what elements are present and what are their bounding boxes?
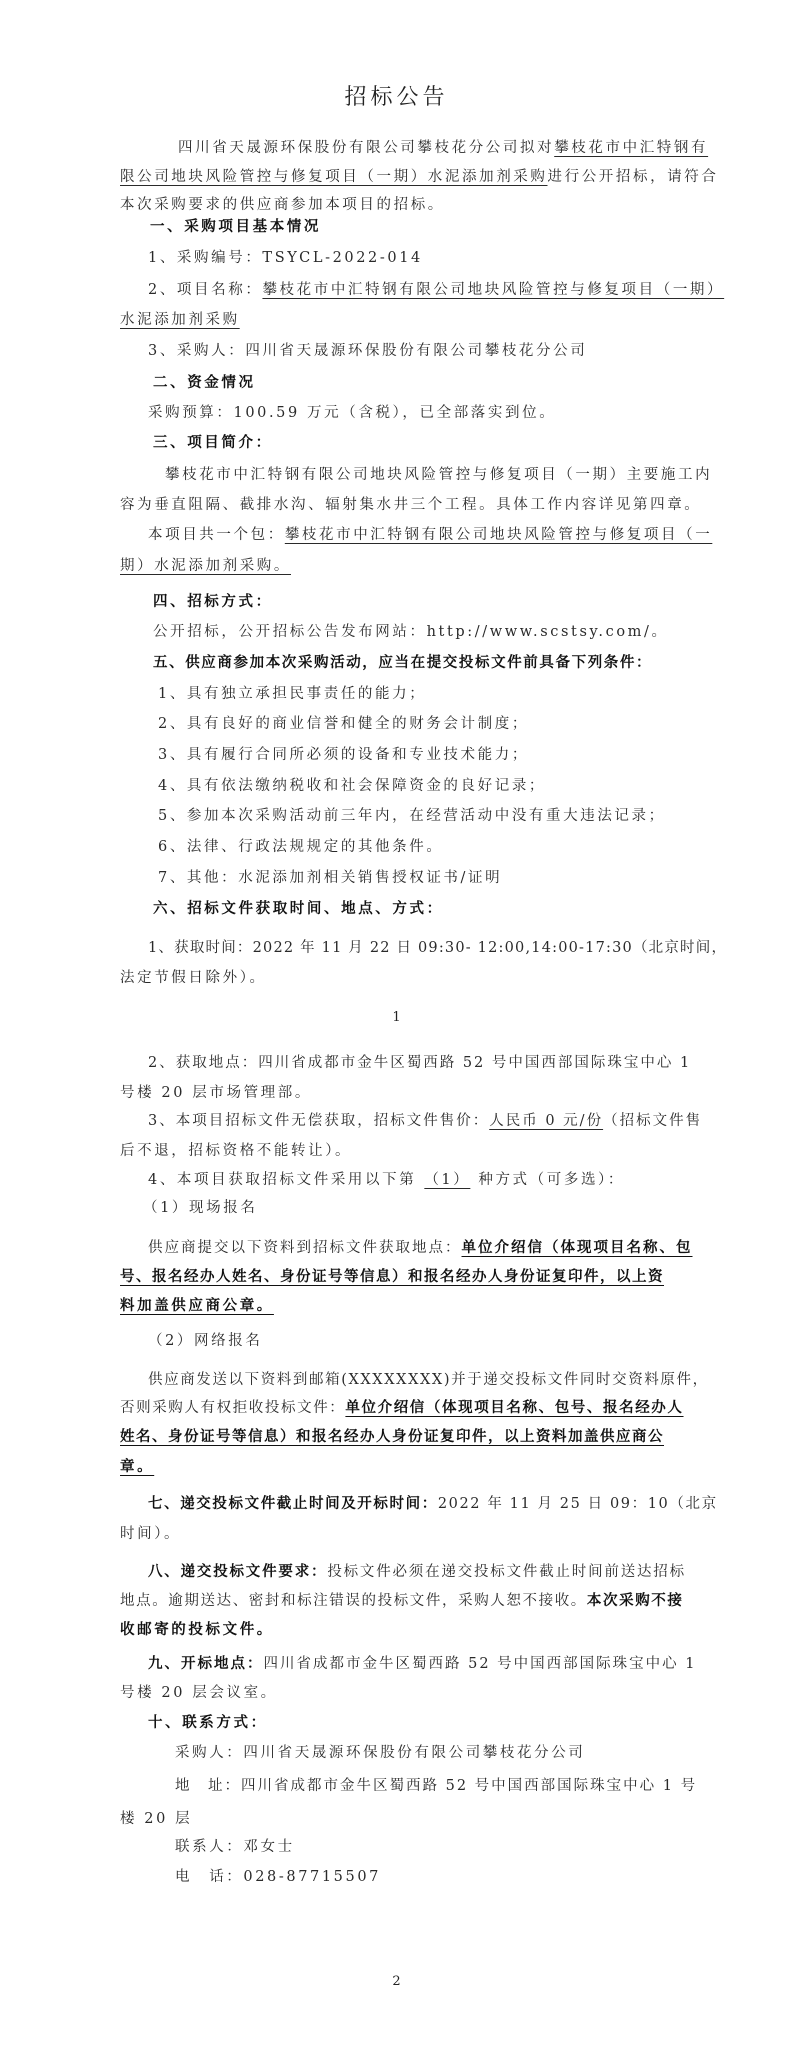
section-heading-10: 十、联系方式： [148,1713,268,1733]
acquisition-method: 4、本项目获取招标文件采用以下第（1）种方式（可多选）： [148,1170,625,1190]
project-name-line-1: 2、项目名称：攀枝花市中汇特钢有限公司地块风险管控与修复项目（一期） [148,280,724,300]
opening-location-line-2: 号楼 20 层会议室。 [120,1683,278,1703]
submission-req-line-1: 八、递交投标文件要求：投标文件必须在递交投标文件截止时间前送达招标 [148,1562,686,1582]
section-heading-5: 五、供应商参加本次采购活动，应当在提交投标文件前具备下列条件： [153,653,652,673]
intro-line-3: 本次采购要求的供应商参加本项目的招标。 [120,195,445,215]
acquisition-place-line-1: 2、获取地点：四川省成都市金牛区蜀西路 52 号中国西部国际珠宝中心 1 [148,1053,691,1073]
onsite-registration-label: （1）现场报名 [143,1198,257,1218]
section-heading-8: 八、递交投标文件要求： [148,1563,327,1580]
contact-address-line-1: 地 址：四川省成都市金牛区蜀西路 52 号中国西部国际珠宝中心 1 号 [175,1776,697,1796]
onsite-registration-line-2: 号、报名经办人姓名、身份证号等信息）和报名经办人身份证复印件，以上资 [120,1267,664,1287]
contact-address-line-2: 楼 20 层 [120,1809,192,1829]
project-intro-line-1: 攀枝花市中汇特钢有限公司地块风险管控与修复项目（一期）主要施工内 [165,465,712,485]
online-registration-line-3: 姓名、身份证号等信息）和报名经办人身份证复印件，以上资料加盖供应商公 [120,1427,664,1447]
requirement-item: 4、具有依法缴纳税收和社会保障资金的良好记录； [158,776,546,796]
requirement-item: 7、其他：水泥添加剂相关销售授权证书/证明 [158,868,502,888]
page-number-2: 2 [0,1974,793,1989]
contact-buyer: 采购人：四川省天晟源环保股份有限公司攀枝花分公司 [175,1743,585,1763]
tender-method: 公开招标，公开招标公告发布网站：http://www.scstsy.com/。 [153,622,669,642]
procurement-number: 1、采购编号：TSYCL-2022-014 [148,248,423,268]
package-line-1: 本项目共一个包：攀枝花市中汇特钢有限公司地块风险管控与修复项目（一 [148,525,712,545]
page-number-1: 1 [0,1010,793,1025]
acquisition-time-line-1: 1、获取时间：2022 年 11 月 22 日 09:30- 12:00,14:… [148,938,727,958]
requirement-item: 1、具有独立承担民事责任的能力； [158,684,426,704]
purchaser: 3、采购人：四川省天晟源环保股份有限公司攀枝花分公司 [148,341,587,361]
contact-phone: 电 话：028-87715507 [175,1867,381,1887]
project-name-link: 攀枝花市中汇特钢有 [554,140,708,156]
section-heading-7: 七、递交投标文件截止时间及开标时间： [148,1495,438,1512]
online-registration-line-1: 供应商发送以下资料到邮箱(XXXXXXXX)并于递交投标文件同时交资料原件， [148,1370,709,1390]
document-price-line-1: 3、本项目招标文件无偿获取，招标文件售价：人民币 0 元/份（招标文件售 [148,1111,702,1131]
section-heading-6: 六、招标文件获取时间、地点、方式： [153,899,444,919]
submission-req-line-2: 地点。逾期送达、密封和标注错误的投标文件，采购人恕不接收。本次采购不接 [120,1591,684,1611]
submission-req-line-3: 收邮寄的投标文件。 [120,1620,274,1640]
requirement-item: 2、具有良好的商业信誉和健全的财务会计制度； [158,714,529,734]
requirement-item: 3、具有履行合同所必须的设备和专业技术能力； [158,745,529,765]
section-heading-9: 九、开标地点： [148,1655,264,1672]
intro-line-2: 限公司地块风险管控与修复项目（一期）水泥添加剂采购进行公开招标，请符合 [120,167,719,187]
document-price-line-2: 后不退，招标资格不能转让）。 [120,1141,352,1161]
intro-line-1: 四川省天晟源环保股份有限公司攀枝花分公司拟对攀枝花市中汇特钢有 [178,138,708,158]
project-name-line-2: 水泥添加剂采购 [120,310,240,330]
section-heading-4: 四、招标方式： [153,592,273,612]
online-registration-line-2: 否则采购人有权拒收投标文件：单位介绍信（体现项目名称、包号、报名经办人 [120,1398,684,1418]
section-heading-1: 一、采购项目基本情况 [150,217,321,237]
deadline-line-1: 七、递交投标文件截止时间及开标时间：2022 年 11 月 25 日 09：10… [148,1494,718,1514]
contact-person: 联系人：邓女士 [175,1837,295,1857]
onsite-registration-line-3: 料加盖供应商公章。 [120,1296,274,1316]
acquisition-place-line-2: 号楼 20 层市场管理部。 [120,1083,312,1103]
section-heading-3: 三、项目简介： [153,433,273,453]
package-line-2: 期）水泥添加剂采购。 [120,556,291,576]
budget: 采购预算：100.59 万元（含税），已全部落实到位。 [148,403,556,423]
online-registration-line-4: 章。 [120,1457,154,1477]
project-intro-line-2: 容为垂直阻隔、截排水沟、辐射集水井三个工程。具体工作内容详见第四章。 [120,495,701,515]
section-heading-2: 二、资金情况 [153,373,256,393]
deadline-line-2: 时间）。 [120,1524,181,1544]
acquisition-time-line-2: 法定节假日除外）。 [120,968,267,988]
onsite-registration-line-1: 供应商提交以下资料到招标文件获取地点：单位介绍信（体现项目名称、包 [148,1238,693,1258]
requirement-item: 6、法律、行政法规规定的其他条件。 [158,837,443,857]
opening-location-line-1: 九、开标地点：四川省成都市金牛区蜀西路 52 号中国西部国际珠宝中心 1 [148,1654,697,1674]
requirement-item: 5、参加本次采购活动前三年内，在经营活动中没有重大违法记录； [158,806,666,826]
online-registration-label: （2）网络报名 [148,1331,262,1351]
page-title: 招标公告 [0,80,793,111]
